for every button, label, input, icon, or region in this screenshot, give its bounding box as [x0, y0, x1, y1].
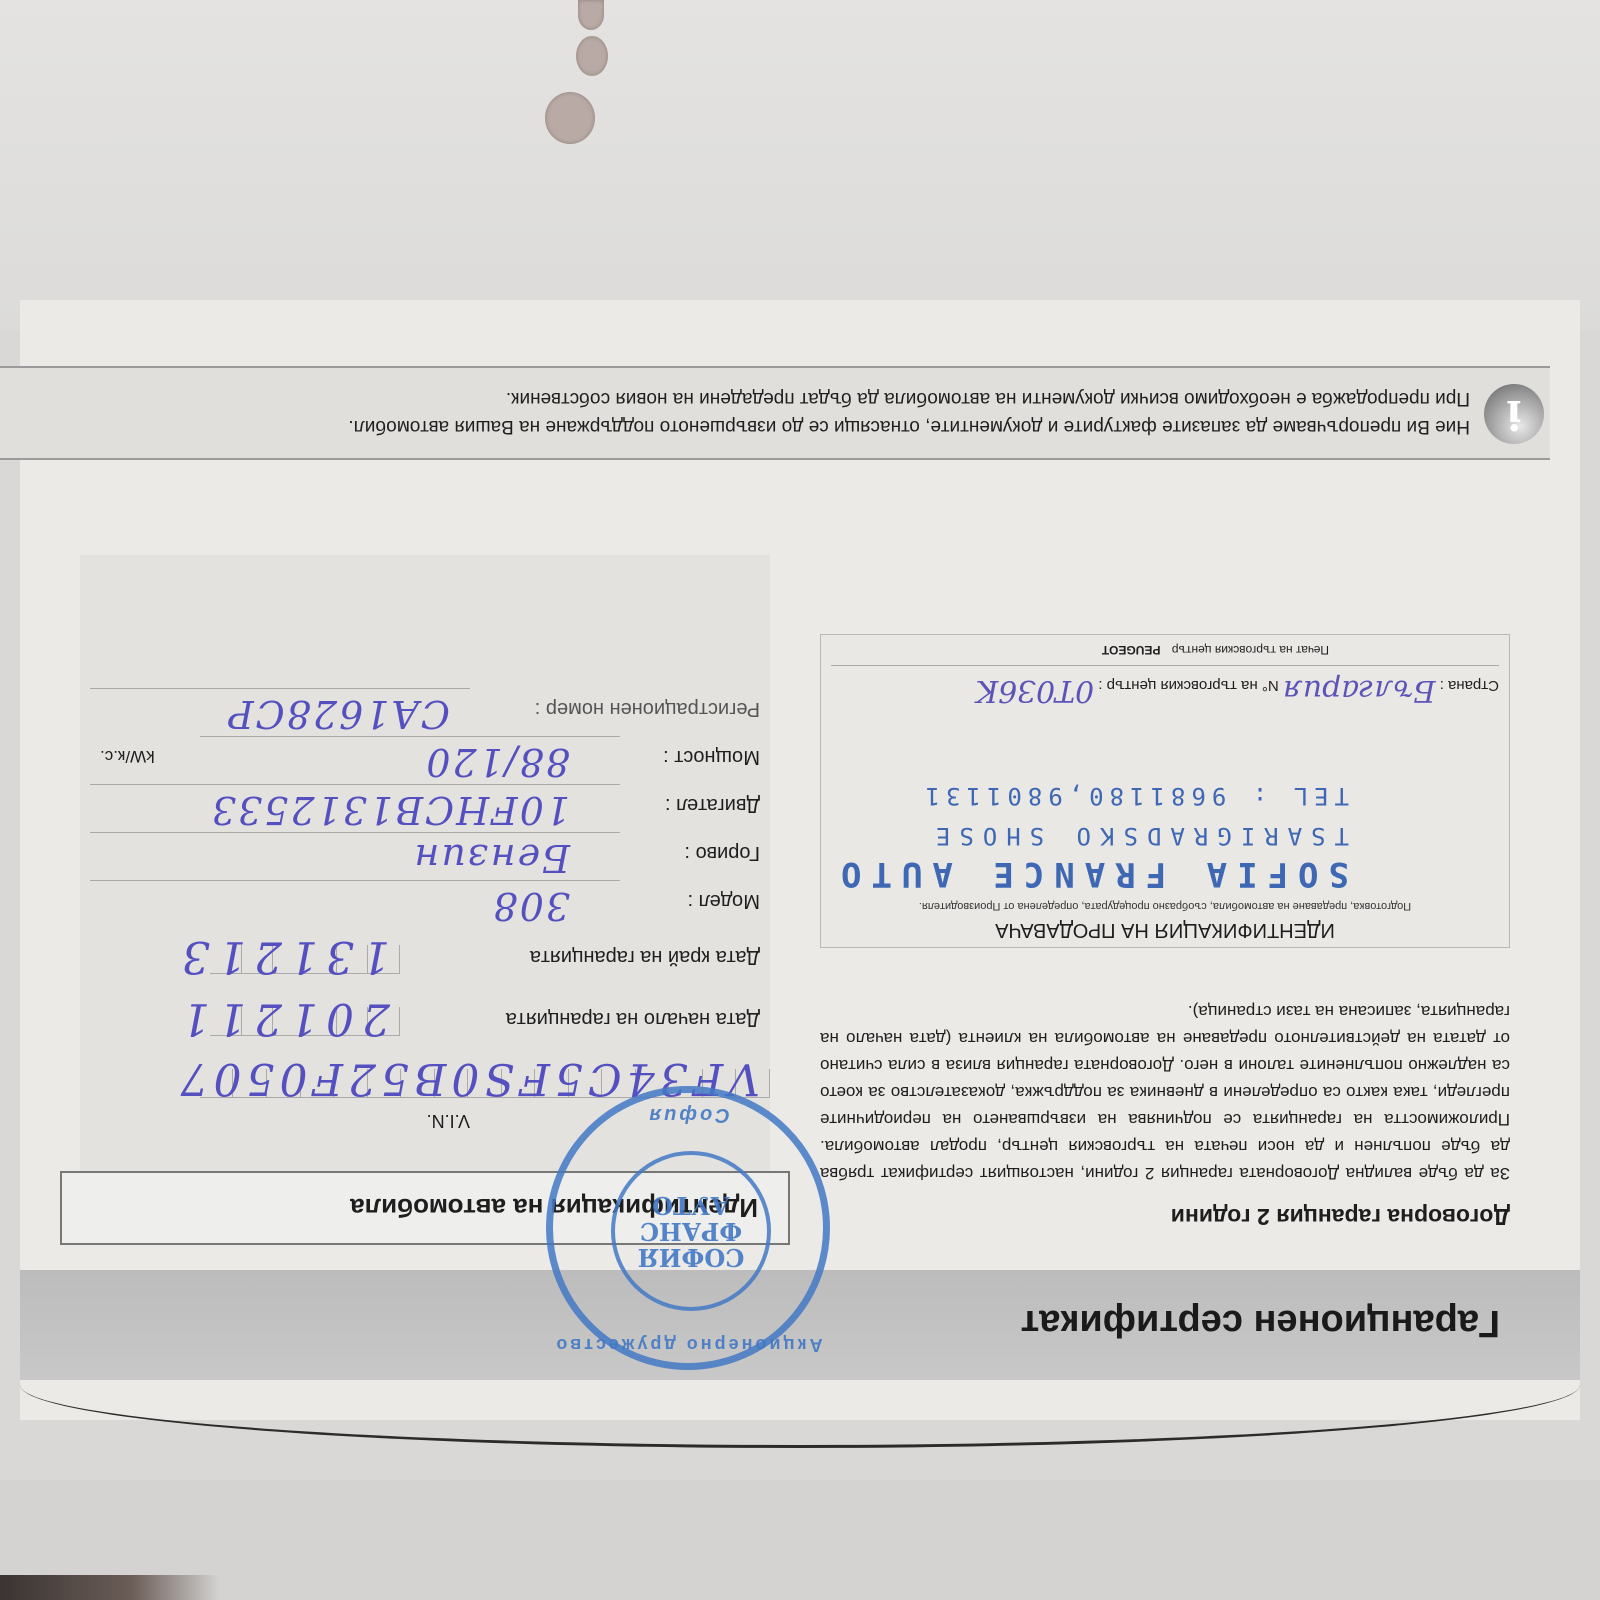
- seller-subheading: Подготовка, предаване на автомобила, съо…: [831, 900, 1499, 912]
- table-surface: [0, 1480, 1600, 1600]
- company-round-stamp: Акционерно дружество СОФИЯ ФРАНС АУТО Со…: [546, 1086, 830, 1370]
- wall-hole: [576, 36, 608, 76]
- seal-label: Печат на търговския център: [1172, 643, 1329, 657]
- country-label: Страна :: [1440, 677, 1499, 694]
- wall-hole: [545, 92, 595, 144]
- stamp-center-line2: ФРАНС: [640, 1218, 742, 1244]
- wall-background: [0, 0, 1600, 330]
- model-value: 308: [491, 884, 570, 928]
- engine-value: 10FHCB1312533: [210, 788, 570, 832]
- country-value: България: [1283, 673, 1436, 708]
- stamp-ring-bottom: София: [553, 1103, 823, 1126]
- power-value: 88/120: [424, 740, 570, 784]
- brand-label: PEUGEOT: [1102, 643, 1161, 657]
- engine-line: [90, 784, 620, 785]
- registration-field: Регистрационен номер : CA1628CP: [80, 684, 770, 732]
- vin-label: V.I.N.: [80, 1110, 470, 1131]
- dealer-stamp-phone: TEL : 9681180,9801131: [831, 782, 1349, 810]
- start-date-field: Дата начало на гаранцията 201211: [80, 986, 770, 1048]
- page-title: Гаранционен сертификат: [1021, 1301, 1500, 1344]
- info-line-2: При препродажба е необходимо всички доку…: [348, 384, 1470, 412]
- stamp-center: СОФИЯ ФРАНС АУТО: [611, 1151, 771, 1311]
- info-icon: i: [1484, 384, 1544, 444]
- stamp-center-line3: АУТО: [652, 1192, 730, 1218]
- seller-identification-box: ИДЕНТИФИКАЦИЯ НА ПРОДАВАЧА Подготовка, п…: [820, 634, 1510, 948]
- dealer-stamp: SOFIA FRANCE AUTO TSARIGRADSKO SHOSE TEL…: [831, 782, 1349, 894]
- engine-field: Двигател : 10FHCB1312533: [80, 780, 770, 828]
- dealer-stamp-address: TSARIGRADSKO SHOSE: [831, 822, 1349, 850]
- end-date-field: Дата край на гаранцията 131213: [80, 924, 770, 986]
- end-date-label: Дата край на гаранцията: [530, 945, 760, 968]
- registration-line: [90, 688, 470, 689]
- info-banner: i Ние Ви препоръчваме да запазите фактур…: [0, 366, 1550, 460]
- dealer-number-value: 0T0З6K: [976, 673, 1094, 708]
- warranty-heading: Договорна гаранция 2 години: [820, 1203, 1510, 1230]
- power-line: [200, 736, 620, 737]
- fuel-line: [90, 832, 620, 833]
- seller-divider: [831, 665, 1499, 666]
- warranty-certificate-page: Гаранционен сертификат Договорна гаранци…: [20, 300, 1580, 1420]
- start-date-value: 201211: [174, 993, 390, 1044]
- dealer-stamp-name: SOFIA FRANCE AUTO: [831, 854, 1349, 894]
- warranty-section: Договорна гаранция 2 години За да бъде в…: [820, 634, 1510, 1230]
- fuel-field: Гориво : Бензин: [80, 828, 770, 876]
- fuel-value: Бензин: [412, 836, 570, 880]
- stamp-ring-top: Акционерно дружество: [553, 1334, 823, 1355]
- registration-value: CA1628CP: [226, 692, 450, 736]
- fuel-label: Гориво :: [684, 841, 760, 864]
- start-date-label: Дата начало на гаранцията: [506, 1007, 760, 1030]
- engine-label: Двигател :: [665, 793, 760, 816]
- power-unit: kW/к.с.: [100, 746, 155, 766]
- end-date-value: 131213: [174, 931, 390, 982]
- model-label: Модел :: [688, 889, 760, 912]
- seal-label-row: Печат на търговския център PEUGEOT: [1102, 643, 1329, 657]
- model-field: Модел : 308: [80, 876, 770, 924]
- model-line: [90, 880, 620, 881]
- dealer-number-label: N° на търговския център :: [1098, 677, 1278, 694]
- wall-hole: [578, 0, 604, 30]
- seller-heading: ИДЕНТИФИКАЦИЯ НА ПРОДАВАЧА: [831, 918, 1499, 947]
- info-text: Ние Ви препоръчваме да запазите фактурит…: [348, 384, 1470, 440]
- page-curl-edge: [20, 1385, 1580, 1448]
- info-line-1: Ние Ви препоръчваме да запазите фактурит…: [348, 412, 1470, 440]
- stamp-center-line1: СОФИЯ: [638, 1244, 745, 1270]
- power-label: Мощност :: [663, 745, 760, 768]
- table-edge: [0, 1575, 220, 1600]
- seller-country-row: Страна : България N° на търговския центъ…: [976, 673, 1499, 708]
- registration-label: Регистрационен номер :: [535, 697, 760, 720]
- power-field: Мощност : 88/120 kW/к.с.: [80, 732, 770, 780]
- warranty-body: За да бъде валидна Договорната гаранция …: [820, 998, 1510, 1187]
